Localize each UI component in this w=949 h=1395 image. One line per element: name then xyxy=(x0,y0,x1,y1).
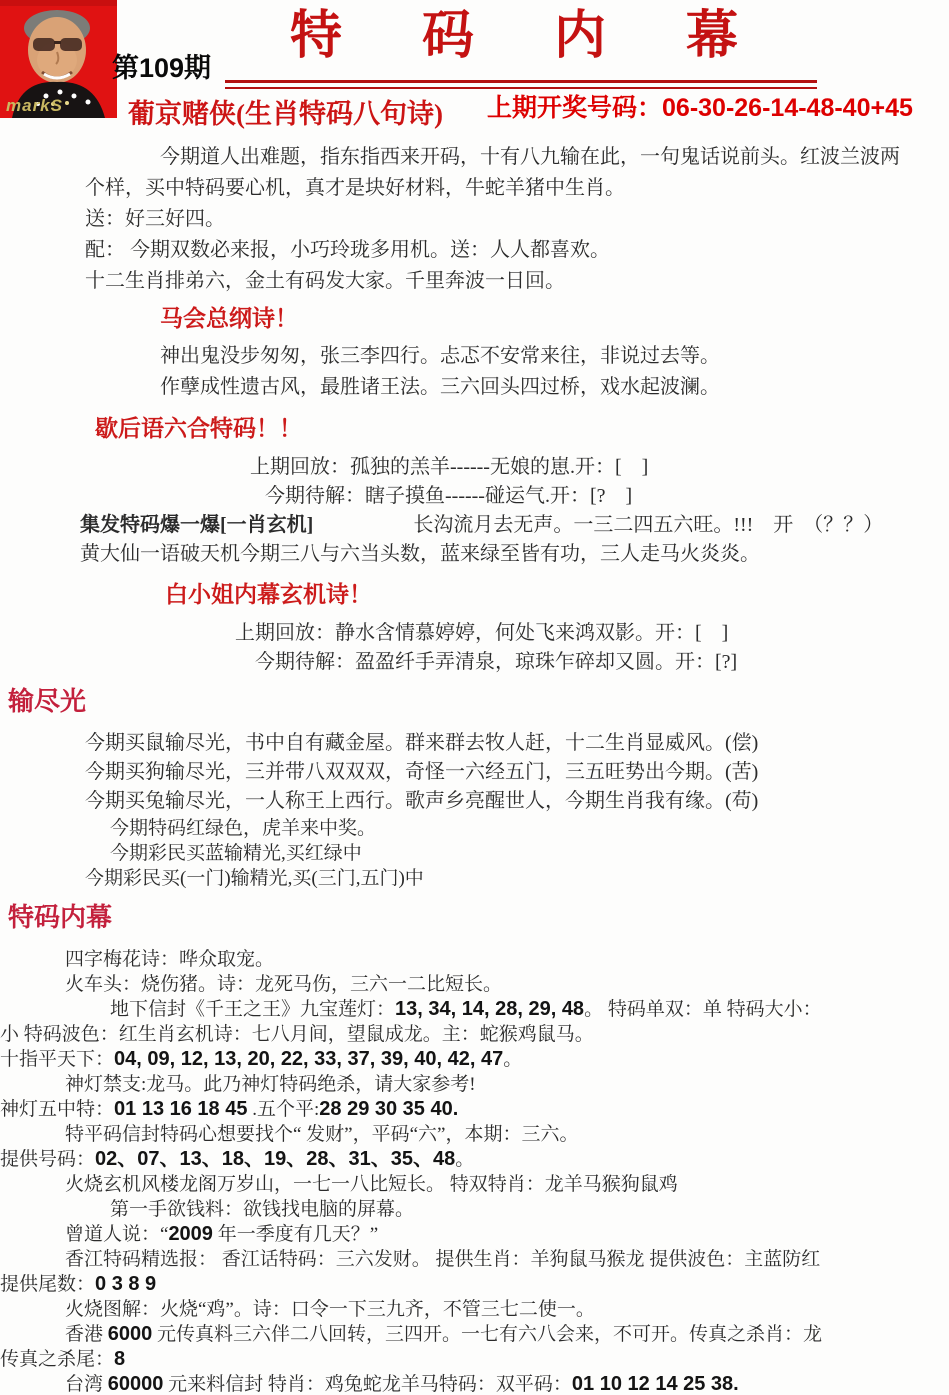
text-segment: 。 xyxy=(503,1049,522,1070)
text-line: 今期特码红绿色，虎羊来中奖。 xyxy=(110,816,949,841)
text-segment: 长沟流月去无声。一三二四五六旺。!!! 开 （？？） xyxy=(313,514,883,536)
text-segment: 十二生肖排弟六，金土有码发大家。千里奔波一日回。 xyxy=(85,270,565,292)
text-line: 上期回放：静水含情慕婷婷，何处飞来鸿双影。开：[ ] xyxy=(235,619,949,648)
text-segment: 28 29 30 35 40. xyxy=(319,1098,458,1120)
text-line: 作孽成性遗古风，最胜诸王法。三六回头四过桥，戏水起波澜。 xyxy=(160,372,949,403)
text-segment: 个样，买中特码要心机，真才是块好材料，牛蛇羊猪中生肖。 xyxy=(85,177,625,199)
section-heading: 白小姐内幕玄机诗！ xyxy=(165,579,949,611)
text-line: 提供尾数：0 3 8 9 xyxy=(0,1272,949,1297)
last-draw-result: 上期开奖号码：06-30-26-14-48-40+45 xyxy=(487,88,913,124)
text-segment: 今期待解：瞎子摸鱼------碰运气.开：[? ] xyxy=(265,485,632,507)
text-segment: 四字梅花诗：哗众取宠。 xyxy=(65,949,274,970)
page-title: 特 码 内 幕 xyxy=(225,2,817,72)
text-line: 十指平天下：04, 09, 12, 13, 20, 22, 33, 37, 39… xyxy=(0,1047,949,1072)
page-header: markS 第109期 特 码 内 幕 葡京赌侠(生肖特码八句诗) 上期开奖号码… xyxy=(0,0,949,142)
text-segment: 白小姐内幕玄机诗！ xyxy=(165,582,372,607)
text-line: 集发特码爆一爆[一肖玄机] 长沟流月去无声。一三二四五六旺。!!! 开 （？？） xyxy=(80,511,949,540)
text-line: 神灯禁支:龙马。此乃神灯特码绝杀，请大家参考! xyxy=(65,1072,949,1097)
last-draw-numbers: 06-30-26-14-48-40+45 xyxy=(662,94,913,122)
text-line: 配： 今期双数必来报，小巧玲珑多用机。送：人人都喜欢。 xyxy=(85,235,949,266)
text-segment: 配： 今期双数必来报，小巧玲珑多用机。送：人人都喜欢。 xyxy=(85,239,610,261)
text-segment: 04, 09, 12, 13, 20, 22, 33, 37, 39, 40, … xyxy=(114,1048,503,1070)
text-line: 送：好三好四。 xyxy=(85,204,949,235)
text-segment: 2009 xyxy=(168,1223,213,1245)
text-segment: 火烧玄机风楼龙阁万岁山，一七一八比短长。 特双特肖：龙羊马猴狗鼠鸡 xyxy=(65,1174,678,1195)
section-heading: 马会总纲诗！ xyxy=(160,303,949,335)
text-segment: 今期彩民买蓝输精光,买红绿中 xyxy=(110,843,362,864)
text-segment: 歇后语六合特码！！ xyxy=(95,416,302,441)
text-line: 火烧玄机风楼龙阁万岁山，一七一八比短长。 特双特肖：龙羊马猴狗鼠鸡 xyxy=(65,1172,949,1197)
text-segment: 提供尾数： xyxy=(0,1274,95,1295)
text-segment: 8 xyxy=(114,1348,125,1370)
text-line: 今期买狗输尽光，三并带八双双双，奇怪一六经五门，三五旺势出今期。(苦) xyxy=(85,758,949,787)
text-segment: 。 特码单双：单 特码大小： xyxy=(584,999,822,1020)
body-lines: 今期道人出难题，指东指西来开码，十有八九输在此，一句鬼话说前头。红波兰波两个样，… xyxy=(0,142,949,1395)
text-segment: 元传真料三六伴二八回转，三四开。一七有六八会来，不可开。传真之杀肖：龙 xyxy=(152,1324,822,1345)
text-segment: 香江特码精选报： 香江话特码：三六发财。 提供生肖：羊狗鼠马猴龙 提供波色：主蓝… xyxy=(65,1249,820,1270)
subtitle: 葡京赌侠(生肖特码八句诗) xyxy=(128,92,443,131)
publisher-photo: markS xyxy=(0,0,117,118)
text-line: 今期待解：瞎子摸鱼------碰运气.开：[? ] xyxy=(265,482,949,511)
text-segment: 作孽成性遗古风，最胜诸王法。三六回头四过桥，戏水起波澜。 xyxy=(160,376,720,398)
text-segment: 。 xyxy=(455,1149,474,1170)
text-segment: 上期回放：孤独的羔羊------无娘的崽.开：[ ] xyxy=(250,456,648,478)
text-line: 香港 6000 元传真料三六伴二八回转，三四开。一七有六八会来，不可开。传真之杀… xyxy=(65,1322,949,1347)
text-line: 上期回放：孤独的羔羊------无娘的崽.开：[ ] xyxy=(250,453,949,482)
text-segment: 今期买鼠输尽光，书中自有藏金屋。群来群去牧人赶，十二生肖显威风。(偿) xyxy=(85,732,758,754)
text-segment: 马会总纲诗！ xyxy=(160,306,298,331)
text-segment: 60000 xyxy=(108,1373,164,1395)
text-segment: 火车头：烧伤猪。诗：龙死马伤，三六一二比短长。 xyxy=(65,974,502,995)
section-heading: 输尽光 xyxy=(8,685,949,719)
text-segment: 十指平天下： xyxy=(0,1049,114,1070)
text-segment: .五个平: xyxy=(247,1099,319,1120)
text-segment: 输尽光 xyxy=(8,687,86,716)
text-line: 传真之杀尾：8 xyxy=(0,1347,949,1372)
text-segment: 提供号码： xyxy=(0,1149,95,1170)
logo-text: markS xyxy=(6,96,63,116)
text-segment: 火烧图解：火烧“鸡”。诗：口令一下三九齐，不管三七二使一。 xyxy=(65,1299,595,1320)
issue-number: 第109期 xyxy=(112,46,211,85)
text-segment: 传真之杀尾： xyxy=(0,1349,114,1370)
text-line: 今期彩民买蓝输精光,买红绿中 xyxy=(110,841,949,866)
text-segment: 台湾 xyxy=(65,1374,108,1395)
text-segment: 特平码信封特码心想要找个“ 发财”，平码“六”，本期：三六。 xyxy=(65,1124,578,1145)
text-line: 神出鬼没步匆匆，张三李四行。忐忑不安常来往，非说过去等。 xyxy=(160,341,949,372)
text-segment: 年一季度有几天？” xyxy=(213,1224,378,1245)
text-line: 今期彩民买(一门)输精光,买(三门,五门)中 xyxy=(85,866,949,891)
text-line: 神灯五中特：01 13 16 18 45 .五个平:28 29 30 35 40… xyxy=(0,1097,949,1122)
text-segment: 送：好三好四。 xyxy=(85,208,225,230)
text-line: 特平码信封特码心想要找个“ 发财”，平码“六”，本期：三六。 xyxy=(65,1122,949,1147)
text-line: 火烧图解：火烧“鸡”。诗：口令一下三九齐，不管三七二使一。 xyxy=(65,1297,949,1322)
text-segment: 13, 34, 14, 28, 29, 48 xyxy=(395,998,584,1020)
text-segment: 黄大仙一语破天机今期三八与六当头数，蓝来绿至皆有功，三人走马火炎炎。 xyxy=(80,543,760,565)
text-line: 今期买兔输尽光，一人称王上西行。歌声乡亮醒世人，今期生肖我有缘。(苟) xyxy=(85,787,949,816)
text-line: 曾道人说：“2009 年一季度有几天？” xyxy=(65,1222,949,1247)
text-line: 今期买鼠输尽光，书中自有藏金屋。群来群去牧人赶，十二生肖显威风。(偿) xyxy=(85,729,949,758)
text-line: 今期道人出难题，指东指西来开码，十有八九输在此，一句鬼话说前头。红波兰波两 xyxy=(160,142,949,173)
text-segment: 01 10 12 14 25 38. xyxy=(572,1373,739,1395)
text-line: 台湾 60000 元来料信封 特肖：鸡兔蛇龙羊马特码：双平码：01 10 12 … xyxy=(65,1372,949,1395)
text-segment: 香港 xyxy=(65,1324,108,1345)
text-segment: 6000 xyxy=(108,1323,153,1345)
text-line: 今期待解：盈盈纤手弄清泉，琼珠乍碎却又圆。开：[?] xyxy=(255,648,949,677)
text-segment: 集发特码爆一爆[一肖玄机] xyxy=(80,514,313,536)
text-segment: 神灯禁支:龙马。此乃神灯特码绝杀，请大家参考! xyxy=(65,1074,476,1095)
text-line: 提供号码：02、07、13、18、19、28、31、35、48。 xyxy=(0,1147,949,1172)
text-segment: 今期道人出难题，指东指西来开码，十有八九输在此，一句鬼话说前头。红波兰波两 xyxy=(160,146,900,168)
last-draw-label: 上期开奖号码： xyxy=(487,94,662,122)
text-line: 个样，买中特码要心机，真才是块好材料，牛蛇羊猪中生肖。 xyxy=(85,173,949,204)
text-segment: 今期彩民买(一门)输精光,买(三门,五门)中 xyxy=(85,868,424,889)
section-heading: 歇后语六合特码！！ xyxy=(95,413,949,445)
text-segment: 上期回放：静水含情慕婷婷，何处飞来鸿双影。开：[ ] xyxy=(235,622,728,644)
text-segment: 曾道人说：“ xyxy=(65,1224,168,1245)
text-segment: 01 13 16 18 45 xyxy=(114,1098,247,1120)
section-heading: 特码内幕 xyxy=(8,901,949,935)
text-segment: 今期买兔输尽光，一人称王上西行。歌声乡亮醒世人，今期生肖我有缘。(苟) xyxy=(85,790,758,812)
text-segment: 今期买狗输尽光，三并带八双双双，奇怪一六经五门，三五旺势出今期。(苦) xyxy=(85,761,758,783)
text-segment: 元来料信封 特肖：鸡兔蛇龙羊马特码：双平码： xyxy=(163,1374,572,1395)
text-line: 火车头：烧伤猪。诗：龙死马伤，三六一二比短长。 xyxy=(65,972,949,997)
text-line: 黄大仙一语破天机今期三八与六当头数，蓝来绿至皆有功，三人走马火炎炎。 xyxy=(80,540,949,569)
text-line: 第一手欲钱料：欲钱找电脑的屏幕。 xyxy=(110,1197,949,1222)
text-line: 香江特码精选报： 香江话特码：三六发财。 提供生肖：羊狗鼠马猴龙 提供波色：主蓝… xyxy=(65,1247,949,1272)
text-line: 十二生肖排弟六，金土有码发大家。千里奔波一日回。 xyxy=(85,266,949,297)
text-line: 小 特码波色：红生肖玄机诗：七八月间，望鼠成龙。主：蛇猴鸡鼠马。 xyxy=(0,1022,949,1047)
text-segment: 神出鬼没步匆匆，张三李四行。忐忑不安常来往，非说过去等。 xyxy=(160,345,720,367)
text-segment: 地下信封《千王之王》九宝莲灯： xyxy=(110,999,395,1020)
text-segment: 神灯五中特： xyxy=(0,1099,114,1120)
text-line: 四字梅花诗：哗众取宠。 xyxy=(65,947,949,972)
text-segment: 02、07、13、18、19、28、31、35、48 xyxy=(95,1148,455,1170)
text-segment: 今期待解：盈盈纤手弄清泉，琼珠乍碎却又圆。开：[?] xyxy=(255,651,737,673)
text-segment: 今期特码红绿色，虎羊来中奖。 xyxy=(110,818,376,839)
text-segment: 0 3 8 9 xyxy=(95,1273,156,1295)
text-segment: 第一手欲钱料：欲钱找电脑的屏幕。 xyxy=(110,1199,414,1220)
text-segment: 小 特码波色：红生肖玄机诗：七八月间，望鼠成龙。主：蛇猴鸡鼠马。 xyxy=(0,1024,594,1045)
text-line: 地下信封《千王之王》九宝莲灯：13, 34, 14, 28, 29, 48。 特… xyxy=(110,997,949,1022)
text-segment: 特码内幕 xyxy=(8,903,112,932)
